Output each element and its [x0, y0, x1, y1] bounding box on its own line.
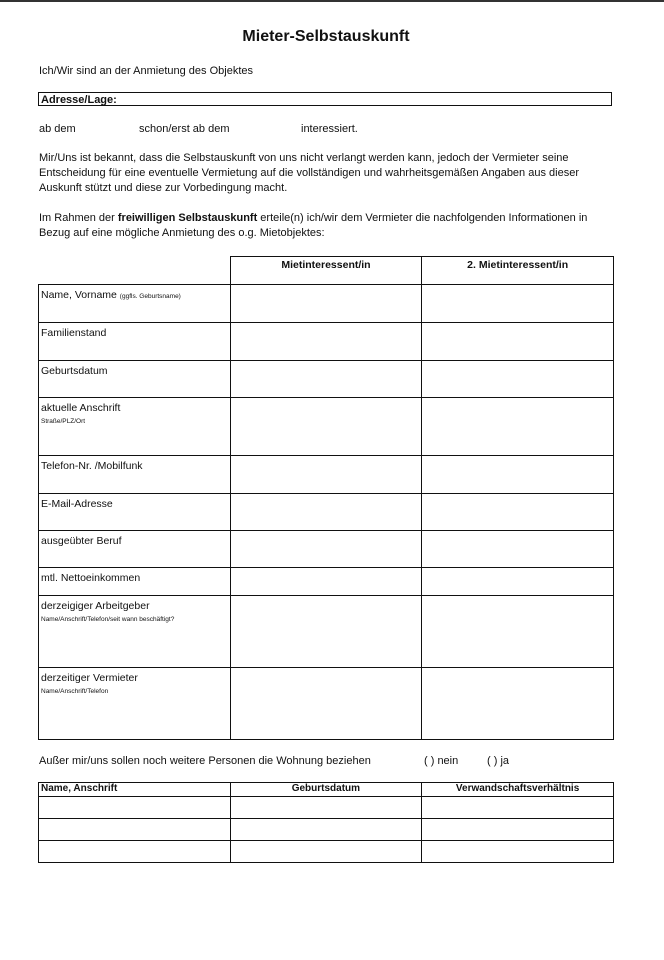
applicant-2-input[interactable]: [422, 285, 614, 323]
disclaimer-line: Mir/Uns ist bekannt, dass die Selbstausk…: [39, 151, 579, 166]
table-row: [39, 819, 614, 841]
applicant-1-input[interactable]: [230, 668, 422, 740]
applicant-1-input[interactable]: [230, 285, 422, 323]
text: Bezug auf eine mögliche Anmietung des o.…: [39, 226, 587, 241]
row-label-text: ausgeübter Beruf: [41, 535, 122, 547]
person-name-address-input[interactable]: [39, 797, 231, 819]
top-border: [0, 0, 664, 2]
table-row: Name, Vorname (ggfls. Geburtsname): [39, 285, 614, 323]
row-label-text: mtl. Nettoeinkommen: [41, 572, 140, 584]
person-relationship-input[interactable]: [422, 841, 614, 863]
person-name-address-input[interactable]: [39, 819, 231, 841]
date-from-label: ab dem: [39, 122, 76, 137]
row-label: mtl. Nettoeinkommen: [39, 568, 231, 596]
row-label-text: Telefon-Nr. /Mobilfunk: [41, 460, 143, 472]
applicant-1-input[interactable]: [230, 398, 422, 456]
applicant-1-input[interactable]: [230, 456, 422, 494]
row-label: E-Mail-Adresse: [39, 494, 231, 531]
address-label: Adresse/Lage:: [41, 94, 117, 106]
person-birthdate-input[interactable]: [230, 819, 422, 841]
header-name-address: Name, Anschrift: [39, 783, 231, 797]
interested-label: interessiert.: [301, 122, 358, 137]
row-label: derzeitiger VermieterName/Anschrift/Tele…: [39, 668, 231, 740]
option-yes[interactable]: ( ) ja: [487, 754, 509, 769]
table-row: mtl. Nettoeinkommen: [39, 568, 614, 596]
row-label: Familienstand: [39, 323, 231, 361]
person-birthdate-input[interactable]: [230, 797, 422, 819]
person-birthdate-input[interactable]: [230, 841, 422, 863]
applicant-2-input[interactable]: [422, 398, 614, 456]
address-field[interactable]: Adresse/Lage:: [38, 92, 612, 106]
applicant-2-input[interactable]: [422, 456, 614, 494]
table-row: Telefon-Nr. /Mobilfunk: [39, 456, 614, 494]
row-label-text: Geburtsdatum: [41, 365, 108, 377]
row-label-text: E-Mail-Adresse: [41, 498, 113, 510]
disclaimer-line: Auskunft stützt und diese zur Vorbedingu…: [39, 181, 579, 196]
person-name-address-input[interactable]: [39, 841, 231, 863]
applicant-table: Mietinteressent/in 2. Mietinteressent/in…: [38, 256, 614, 740]
row-label: ausgeübter Beruf: [39, 531, 231, 568]
row-label-text: derzeigiger Arbeitgeber: [41, 600, 150, 612]
voluntary-paragraph: Im Rahmen der freiwilligen Selbstauskunf…: [39, 211, 587, 241]
row-label: Telefon-Nr. /Mobilfunk: [39, 456, 231, 494]
table-row: [39, 797, 614, 819]
table-row: Familienstand: [39, 323, 614, 361]
applicant-2-input[interactable]: [422, 361, 614, 398]
applicant-2-input[interactable]: [422, 494, 614, 531]
applicant-1-input[interactable]: [230, 494, 422, 531]
row-label: Geburtsdatum: [39, 361, 231, 398]
table-row: E-Mail-Adresse: [39, 494, 614, 531]
applicant-2-input[interactable]: [422, 531, 614, 568]
applicant-1-input[interactable]: [230, 568, 422, 596]
row-label: derzeigiger ArbeitgeberName/Anschrift/Te…: [39, 596, 231, 668]
text: Im Rahmen der: [39, 212, 118, 224]
table-row: Geburtsdatum: [39, 361, 614, 398]
applicant-2-input[interactable]: [422, 323, 614, 361]
persons-table: Name, Anschrift Geburtsdatum Verwandscha…: [38, 782, 614, 863]
person-relationship-input[interactable]: [422, 797, 614, 819]
row-label-text: aktuelle Anschrift: [41, 402, 120, 414]
option-no[interactable]: ( ) nein: [424, 754, 458, 769]
disclaimer-line: Entscheidung für eine eventuelle Vermiet…: [39, 166, 579, 181]
header-birthdate: Geburtsdatum: [230, 783, 422, 797]
header-applicant-2: 2. Mietinteressent/in: [422, 257, 614, 285]
row-subtext: Straße/PLZ/Ort: [41, 418, 228, 425]
row-subtext: Name/Anschrift/Telefon/seit wann beschäf…: [41, 616, 228, 623]
intro-text: Ich/Wir sind an der Anmietung des Objekt…: [39, 64, 253, 79]
person-relationship-input[interactable]: [422, 819, 614, 841]
row-label-text: Name, Vorname: [41, 289, 117, 301]
table-row: ausgeübter Beruf: [39, 531, 614, 568]
bold-text: freiwilligen Selbstauskunft: [118, 212, 257, 224]
applicant-2-input[interactable]: [422, 568, 614, 596]
row-label-text: derzeitiger Vermieter: [41, 672, 138, 684]
row-label-text: Familienstand: [41, 327, 106, 339]
empty-corner: [39, 257, 231, 285]
header-relationship: Verwandschaftsverhältnis: [422, 783, 614, 797]
table-row: derzeigiger ArbeitgeberName/Anschrift/Te…: [39, 596, 614, 668]
applicant-1-input[interactable]: [230, 596, 422, 668]
row-label: aktuelle AnschriftStraße/PLZ/Ort: [39, 398, 231, 456]
applicant-2-input[interactable]: [422, 596, 614, 668]
applicant-1-input[interactable]: [230, 531, 422, 568]
header-applicant-1: Mietinteressent/in: [230, 257, 422, 285]
applicant-1-input[interactable]: [230, 361, 422, 398]
applicant-2-input[interactable]: [422, 668, 614, 740]
row-subtext: Name/Anschrift/Telefon: [41, 688, 228, 695]
row-label: Name, Vorname (ggfls. Geburtsname): [39, 285, 231, 323]
text: erteile(n) ich/wir dem Vermieter die nac…: [257, 212, 587, 224]
table-row: derzeitiger VermieterName/Anschrift/Tele…: [39, 668, 614, 740]
page-title: Mieter-Selbstauskunft: [0, 28, 652, 46]
table-row: [39, 841, 614, 863]
row-note: (ggfls. Geburtsname): [120, 293, 181, 300]
table-row: aktuelle AnschriftStraße/PLZ/Ort: [39, 398, 614, 456]
date-already-label: schon/erst ab dem: [139, 122, 230, 137]
other-persons-question: Außer mir/uns sollen noch weitere Person…: [39, 754, 371, 769]
applicant-1-input[interactable]: [230, 323, 422, 361]
disclaimer-paragraph: Mir/Uns ist bekannt, dass die Selbstausk…: [39, 151, 579, 196]
